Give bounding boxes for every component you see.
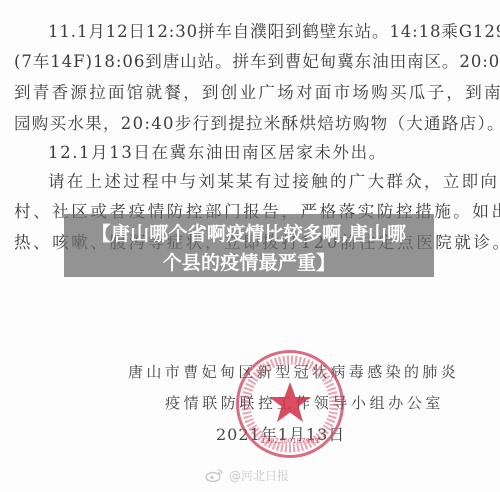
weibo-icon [205, 468, 225, 482]
source-watermark: @河北日报 [205, 467, 289, 483]
seal-serial: 1302300107963 [261, 437, 319, 445]
document-page: 11.1月12日12:30拼车自濮阳到鹤壁东站。14:18乘G1294 (7车1… [0, 0, 500, 492]
official-seal-stamp: 1302300107963 [236, 350, 344, 458]
paragraph-line-4: 园购买水果，20:40步行到提拉米酥烘焙坊购物（大通路店）。 [14, 114, 500, 134]
title-overlay-banner: 【唐山哪个省啊疫情比较多啊,唐山哪 个县的疫情最严重】 [64, 214, 434, 277]
watermark-text: @河北日报 [229, 467, 289, 484]
paragraph-line-6: 请在上述过程中与刘某某有过接触的广大群众，立即向当地 [48, 172, 500, 192]
overlay-title: 【唐山哪个省啊疫情比较多啊,唐山哪 个县的疫情最严重】 [64, 220, 434, 278]
paragraph-line-2: (7车14F)18:06到唐山站。拼车到曹妃甸冀东油田南区。20:00 [14, 52, 500, 72]
overlay-title-line-1: 【唐山哪个省啊疫情比较多啊,唐山哪 [64, 220, 434, 249]
seal-star-icon: 1302300107963 [236, 350, 344, 458]
paragraph-line-3: 到青香源拉面馆就餐，到创业广场对面市场购买瓜子，到南方果 [14, 83, 500, 103]
paragraph-line-1: 11.1月12日12:30拼车自濮阳到鹤壁东站。14:18乘G1294 [48, 22, 500, 42]
paragraph-line-5: 12.1月13日在冀东油田南区居家未外出。 [48, 143, 387, 163]
overlay-title-line-2: 个县的疫情最严重】 [64, 249, 434, 278]
